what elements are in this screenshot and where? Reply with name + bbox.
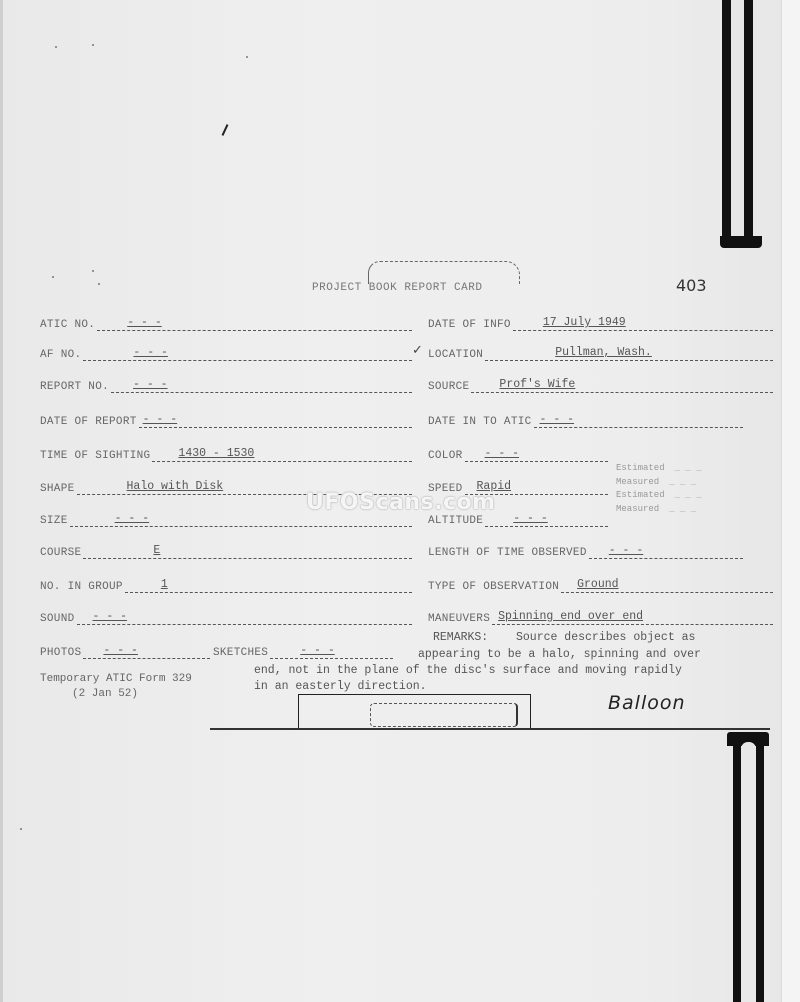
scanned-page: PROJECT BOOK REPORT CARD 403 ATIC NO. - …: [0, 0, 800, 1002]
field-value: - - -: [133, 346, 168, 359]
field-label: DATE OF REPORT: [40, 416, 137, 428]
binder-clip-top: [720, 0, 762, 248]
field-value: - - -: [103, 644, 138, 657]
estimate-option: Measured: [616, 476, 659, 490]
field-length-of-time: LENGTH OF TIME OBSERVED - - -: [428, 543, 743, 559]
field-af-no: AF NO. - - -: [40, 345, 412, 361]
field-time-of-sighting: TIME OF SIGHTING 1430 - 1530: [40, 446, 412, 462]
field-value: - - -: [609, 544, 644, 557]
stamp-mark: [370, 703, 518, 727]
field-date-of-info: DATE OF INFO 17 July 1949: [428, 315, 773, 331]
binder-clip-bottom: [727, 732, 769, 1002]
field-label: COURSE: [40, 547, 81, 559]
field-value: - - -: [133, 378, 168, 391]
estimate-option: Measured: [616, 503, 659, 517]
field-label: SOURCE: [428, 381, 469, 393]
field-value: Ground: [577, 578, 618, 591]
form-id-date: (2 Jan 52): [40, 687, 192, 702]
field-label: ATIC NO.: [40, 319, 95, 331]
field-label: REPORT NO.: [40, 381, 109, 393]
field-value: Halo with Disk: [127, 480, 224, 493]
field-value: - - -: [485, 447, 520, 460]
field-sketches: SKETCHES - - -: [213, 643, 393, 659]
remarks-line: appearing to be a halo, spinning and ove…: [418, 648, 701, 661]
field-value: 1: [161, 578, 168, 591]
field-source: SOURCE Prof's Wife: [428, 377, 773, 393]
field-label: TIME OF SIGHTING: [40, 450, 150, 462]
field-value: - - -: [143, 413, 178, 426]
field-value: Spinning end over end: [498, 610, 643, 623]
field-label: NO. IN GROUP: [40, 581, 123, 593]
remarks-line: end, not in the plane of the disc's surf…: [254, 664, 682, 677]
remarks-line: in an easterly direction.: [254, 680, 427, 693]
field-report-no: REPORT NO. - - -: [40, 377, 412, 393]
field-value: 17 July 1949: [543, 316, 626, 329]
pen-mark: [222, 124, 229, 136]
field-value: - - -: [513, 512, 548, 525]
field-label: SHAPE: [40, 483, 75, 495]
field-photos: PHOTOS - - -: [40, 643, 210, 659]
field-value: - - -: [540, 413, 575, 426]
page-edge: [0, 0, 3, 1002]
field-value: Pullman, Wash.: [555, 346, 652, 359]
page-edge-right: [781, 0, 800, 1002]
field-label: COLOR: [428, 450, 463, 462]
field-value: - - -: [93, 610, 128, 623]
header-bracket-mark: [368, 261, 520, 284]
field-label: TYPE OF OBSERVATION: [428, 581, 559, 593]
field-location: LOCATION Pullman, Wash.: [428, 345, 773, 361]
field-value: 1430 - 1530: [178, 447, 254, 460]
watermark: UFOScans.com: [306, 490, 496, 515]
field-label: MANEUVERS: [428, 613, 490, 625]
check-mark-icon: ✓: [412, 343, 423, 358]
field-value: - - -: [300, 644, 335, 657]
field-label: LOCATION: [428, 349, 483, 361]
field-color: COLOR - - -: [428, 446, 608, 462]
estimate-option: Estimated: [616, 489, 665, 503]
field-label: LENGTH OF TIME OBSERVED: [428, 547, 587, 559]
field-sound: SOUND - - -: [40, 609, 412, 625]
remarks-line: Source describes object as: [516, 631, 695, 644]
field-no-in-group: NO. IN GROUP 1: [40, 577, 412, 593]
field-label: ALTITUDE: [428, 515, 483, 527]
estimate-options: Estimated_ _ _ Measured_ _ _ Estimated_ …: [616, 462, 702, 516]
field-label: SIZE: [40, 515, 68, 527]
field-value: E: [153, 544, 160, 557]
form-id-line: Temporary ATIC Form 329: [40, 672, 192, 687]
field-date-of-report: DATE OF REPORT - - -: [40, 412, 412, 428]
field-maneuvers: MANEUVERS Spinning end over end: [428, 609, 773, 625]
field-type-of-observation: TYPE OF OBSERVATION Ground: [428, 577, 773, 593]
form-identifier: Temporary ATIC Form 329 (2 Jan 52): [40, 672, 192, 702]
field-value: Prof's Wife: [499, 378, 575, 391]
estimate-option: Estimated: [616, 462, 665, 476]
field-label: AF NO.: [40, 349, 81, 361]
field-label: SOUND: [40, 613, 75, 625]
file-number: 403: [676, 276, 707, 295]
field-value: - - -: [127, 316, 162, 329]
field-label: DATE OF INFO: [428, 319, 511, 331]
field-label: PHOTOS: [40, 647, 81, 659]
field-value: - - -: [115, 512, 150, 525]
field-label: DATE IN TO ATIC: [428, 416, 532, 428]
remarks-label: REMARKS:: [433, 631, 488, 644]
field-label: SKETCHES: [213, 647, 268, 659]
field-atic-no: ATIC NO. - - -: [40, 315, 412, 331]
conclusion-handwritten: Balloon: [608, 692, 686, 714]
field-course: COURSE E: [40, 543, 412, 559]
form-bottom-rule: [210, 728, 770, 730]
field-date-in-to-atic: DATE IN TO ATIC - - -: [428, 412, 743, 428]
form-title: PROJECT BOOK REPORT CARD: [312, 282, 482, 294]
